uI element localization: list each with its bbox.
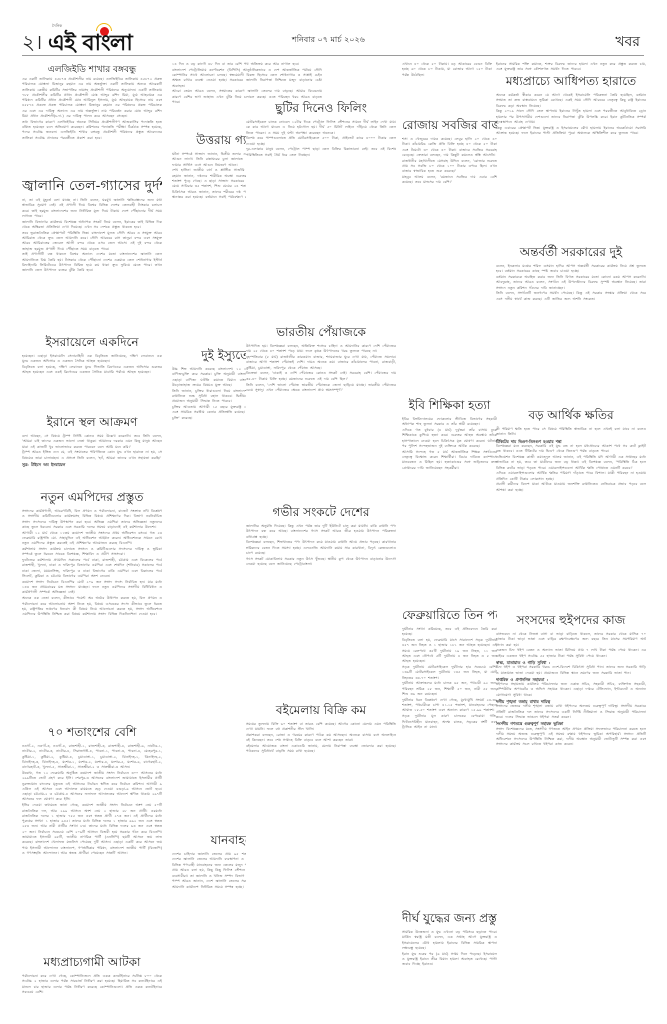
paragraph: বাসভবনে না থেকে নিজস্ব বাসা বা ভাড়া বাড… <box>496 632 646 648</box>
headline[interactable]: ইবি শিক্ষিকা হত্যা <box>402 397 497 417</box>
article-body: না, তা এই মুহূর্তে বলা যাচ্ছে না। তিনি ব… <box>22 198 162 274</box>
paragraph: সংসদ বিশেষজ্ঞদের মতে, সংসদীয় গণতন্ত্রে … <box>496 727 646 748</box>
paragraph: দুর্ঘটনার সংখ্যা কমিয়েছে, তবে এই প্রতিব… <box>402 627 497 638</box>
paragraph: অনেক কর্মকর্তা স্বীকার করেন যে আগে থেকেই… <box>496 93 646 109</box>
article-ibi-teacher-murder: ইবি শিক্ষিকা হত্যা ইবির বিশ্ববিদ্যালয়ের… <box>402 397 497 607</box>
paragraph: নওগাঁ-২, নওগাঁ-৩, নওগাঁ-৪, রাজশাহী-১, রা… <box>22 744 162 770</box>
paragraph: দুর্ঘটনায় আক্রান্তদের মধ্যে চালক ৬৫ জন,… <box>402 681 497 697</box>
article-body: দুর্ঘটনার সংখ্যা কমিয়েছে, তবে এই প্রতিব… <box>402 627 497 730</box>
article-body: নওগাঁ-২, নওগাঁ-৩, নওগাঁ-৪, রাজশাহী-১, রা… <box>22 744 162 856</box>
article-lgd-bangabandhu: এলজিইডি শাখার বঙ্গবন্ধু এর একটি তালিকায়… <box>22 62 162 172</box>
masthead: ২। দৈনিক এই বাংলা শনিবার ০৭ মার্চ ২০২৬ খ… <box>22 26 644 56</box>
paragraph: রাজধানীর মহাখালীতে মেসবাহ উদ্দিন বলেন, '… <box>402 159 497 175</box>
paragraph: বৃহস্পতিবার (৫ মার্চ) রাজধানীর কারওয়ান … <box>246 355 396 371</box>
article-body: সামরিক উত্তেজনা ও যুদ্ধ এখনো বড় পরিসরে … <box>402 930 497 968</box>
paragraph: হয়েছেন। এছাড়া ইসরায়েলি সেনাবাহিনী এক … <box>22 354 162 365</box>
article-continuation-col3: এখানে ৪০ থেকে ৫০ টাকায়। বড় আকারের বেগু… <box>402 62 492 117</box>
paragraph: ইবির বিশ্ববিদ্যালয়ের ফোকলোর স্টাডিজ বিভ… <box>402 417 497 428</box>
paragraph: বিশেষ করে পাম্পগুলোতে প্রতি মোটরসাইকেলে … <box>246 136 396 147</box>
article-holiday-filling: ছুটির দিনেও ফিলিং মোটরসাইকেল চালক নোবেল … <box>246 100 396 320</box>
page-number: ২। <box>22 28 42 61</box>
article-ramadan-vegetables: রোজায় সবজির বাজারে শসা ও খেজুরের দামও ক… <box>402 117 497 382</box>
headline[interactable]: অন্তর্বর্তী সরকারের দুই <box>496 244 646 264</box>
article-body: সময়ের তুলনায় বিক্রি ৬০ শতাংশ বা তারও ব… <box>246 722 396 755</box>
headline[interactable]: সংসদের হুইপদের কাজ <box>496 612 646 632</box>
headline[interactable]: বইমেলায় বিক্রি কম <box>246 702 396 722</box>
paragraph: ১৪ দিন ও বড় কার্গো ৪৮ দিন বা তার বেশি প… <box>172 62 322 67</box>
article-fuel-crisis: জ্বালানি তেল-গ্যাসের দুর্দশায় না, তা এই… <box>22 174 162 334</box>
paragraph: এভিয়েশন বিশেষজ্ঞ কাজী ওয়াহেদুল আলম জান… <box>496 455 646 471</box>
article-body: বলেন, ইনকলাব মঞ্চের শরিফ ওসমান হাদির আপস… <box>496 264 646 302</box>
article-deep-crisis: গভীর সংকটে দেশের জ্বালানির অনুমতি দিয়েছ… <box>246 504 396 699</box>
paragraph: তিনি বলেন, সংগঠনটি জনগণের সমর্থন পেয়েছে… <box>496 291 646 302</box>
paragraph: হুইপদের সহায়তায় কার্যালয় পরিচালনার জন… <box>496 682 646 698</box>
paragraph: প্রবাসী কর্মীদের বিদেশ যাত্রা আটকে যাওয়… <box>496 482 646 493</box>
paragraph: শসা ও খেজুরের দামও কমেছে। লেবুর হালি ২০ … <box>402 137 497 158</box>
article-body: এখানে ৪০ থেকে ৫০ টাকায়। বড় আকারের বেগু… <box>402 62 492 78</box>
headline[interactable]: জ্বালানি তেল-গ্যাসের দুর্দশায় <box>22 174 162 198</box>
paragraph: একজন চিফ হুইপ বেতন ও অন্যান্য ভাতা মিলিয… <box>496 648 646 659</box>
paragraph: বলা আছেন, সে বিষয়ে ট্রাম্প নির্দিষ্ট কো… <box>22 434 162 450</box>
article-seventy-percent: ৭০ শতাংশের বেশি নওগাঁ-২, নওগাঁ-৩, নওগাঁ-… <box>22 724 162 954</box>
paragraph: ইরান যুদ্ধ শুরুর পর (৬ মার্চ) সপ্তম দিনে… <box>402 952 497 968</box>
paragraph: এদিকে এয়ারলাইন্সগুলোর আর্থিক ক্ষতির পরি… <box>496 471 646 482</box>
paragraph: এখানে ৪০ থেকে ৫০ টাকায়। বড় আকারের বেগু… <box>402 62 492 78</box>
article-body: ইরানের সামরিক শক্তি কমাতে, শত্রুর বিরুদ্… <box>496 62 646 73</box>
paragraph: তাই প্রণালীটি বন্ধ থাকলে বিশ্বের অন্যান্… <box>22 252 162 273</box>
headline[interactable]: মধ্যপ্রাচ্যগামী আটকা <box>22 954 162 974</box>
headline[interactable]: ভারতীয় পেঁয়াজকে <box>246 324 396 344</box>
paragraph: উৎপাদিত হয়। বিশেষজ্ঞরা বলছেন, অতিরিক্ত … <box>246 344 396 355</box>
headline[interactable]: গভীর সংকটে দেশের <box>246 504 396 524</box>
paragraph: বর্তমান সরকারকে অবহিত করার জন্য তিনি বিগ… <box>496 275 646 291</box>
paragraph: জ্বালানির অনুমতি দিয়েছে। কিন্তু এখন পর্… <box>246 524 396 540</box>
article-body: উৎপাদিত হয়। বিশেষজ্ঞরা বলছেন, অতিরিক্ত … <box>246 344 396 393</box>
paragraph: কিন্তু ২০১৯ সালে সৌদি তেল স্থাপনায় ইরান… <box>496 109 646 125</box>
paragraph: মাহবুব আলম বলেন, 'রমজানে সবজির দাম এবার … <box>402 175 497 186</box>
article-book-fair-sales: বইমেলায় বিক্রি কম সময়ের তুলনায় বিক্রি… <box>246 702 396 972</box>
paragraph: চিফ হুইপ ও হুইপরা সরকারি খরচে দেশে-বিদেশ… <box>496 665 646 676</box>
paragraph: মোটরসাইকেল চালক নোবেল ১২টার দিকে পেট্রোল… <box>246 120 396 136</box>
paragraph: গ্যাস সংকট মোকাবিলায় সরকার নতুন উৎস খুঁ… <box>246 557 396 568</box>
paragraph: তিনি বলেন, 'দেশি ভালো পেঁয়াজ ভারতীয় পে… <box>246 383 396 394</box>
article-ready-long-war: দীর্ঘ যুদ্ধের জন্য প্রস্তুত সামরিক উত্তে… <box>402 910 497 1020</box>
paragraph: উল্লেখ্য, গত ১২ ফেব্রুয়ারি অনুষ্ঠিত ত্র… <box>22 771 162 803</box>
article-middle-east-stranded: মধ্যপ্রাচ্যগামী আটকা পর্যালোচনা করে দেখা… <box>22 954 162 1012</box>
article-body: মোটরসাইকেল চালক নোবেল ১২টার দিকে পেট্রোল… <box>246 120 396 158</box>
paragraph: সংসদের ভেতরে দলীয় শৃঙ্খলা বজায় রাখা হু… <box>496 704 646 720</box>
article-body: হয়েছেন। এছাড়া ইসরায়েলি সেনাবাহিনী এক … <box>22 354 162 376</box>
source-credit: সূত্র: টাইমস অব ইসরায়েল <box>22 462 162 467</box>
paragraph: বিশেষজ্ঞরা বলছেন, শিল্পখাতের পণ্য উৎপাদন… <box>246 540 396 556</box>
article-body: জ্বালানির অনুমতি দিয়েছে। কিন্তু এখন পর্… <box>246 524 396 567</box>
article-body: বাসভবনে না থেকে নিজস্ব বাসা বা ভাড়া বাড… <box>496 632 646 748</box>
article-body: ১৪ দিন ও বড় কার্গো ৪৮ দিন বা তার বেশি প… <box>172 62 322 105</box>
paragraph: কিন্তু এবারের প্রেক্ষাপট ভিন্ন। যুক্তরাষ… <box>496 126 646 137</box>
article-february-three-ways: ফেব্রুয়ারিতে তিন পথে দুর্ঘটনার সংখ্যা ক… <box>402 607 497 907</box>
article-parliament-whip-work: সংসদের হুইপদের কাজ বাসভবনে না থেকে নিজস্… <box>496 612 646 1012</box>
newspaper-logo[interactable]: এই বাংলা <box>48 26 132 63</box>
article-big-economic-loss: বড় আর্থিক ক্ষতির কী পরিমাণ ক্ষতি হতে পা… <box>496 407 646 612</box>
paragraph: ইরানের সামরিক শক্তি কমাতে, শত্রুর বিরুদ্… <box>496 62 646 73</box>
paragraph: দুর্ঘটনার ধরন বিশ্লেষণে দেখা গেছে, মুখোম… <box>402 698 497 714</box>
paragraph: কী পরিমাণ ক্ষতি হতে পারে সে বিষয়ে পরিস্… <box>496 427 646 438</box>
paragraph: পর্যালোচনা করে দেখা গেছে, কোম্পানিভেদে প… <box>22 974 162 995</box>
article-middle-east-dominance: ইরানের সামরিক শক্তি কমাতে, শত্রুর বিরুদ্… <box>496 62 646 242</box>
article-body: পর্যালোচনা করে দেখা গেছে, কোম্পানিভেদে প… <box>22 974 162 995</box>
paragraph: ত্রয়োদশ সংসদ নির্বাচনে বিএনপির মোট ২০৯ … <box>22 580 162 596</box>
article-indian-onion: ভারতীয় পেঁয়াজকে উৎপাদিত হয়। বিশেষজ্ঞর… <box>246 324 396 504</box>
paragraph: বাংলাদেশ পেট্রোলিয়াম কর্পোরেশন (বিপিসি)… <box>172 68 322 89</box>
headline[interactable]: দীর্ঘ যুদ্ধের জন্য প্রস্তুত <box>402 910 497 930</box>
article-body: বলা আছেন, সে বিষয়ে ট্রাম্প নির্দিষ্ট কো… <box>22 434 162 467</box>
paragraph: ইসির দেওয়া তথ্যমতে জানা গেছে, ত্রয়োদশ … <box>22 803 162 856</box>
article-israel-one-day: ইসরায়েলে একদিনে হয়েছেন। এছাড়া ইসরায়ে… <box>22 334 162 414</box>
paragraph: সামরিক উত্তেজনা ও যুদ্ধ এখনো বড় পরিসরে … <box>402 930 497 951</box>
paragraph: কর্মশালায় সংসদ কার্যক্রম চালাতে সংসদে ও… <box>22 547 162 558</box>
paragraph: বিক্রেতা বলেন, 'ঢাকাই ও দেশি পেঁয়াজের ক… <box>246 371 396 382</box>
headline[interactable]: বড় আর্থিক ক্ষতির <box>496 407 646 427</box>
dateline: শনিবার ০৭ মার্চ ২০২৬ <box>292 34 365 47</box>
article-body: অনেক কর্মকর্তা স্বীকার করেন যে আগে থেকেই… <box>496 93 646 136</box>
paragraph: অনেক এক নেতা বলেন, কীভাবে পয়েন্ট অব অর্… <box>22 596 162 617</box>
paragraph: বিশেষজ্ঞরা মনে করছেন, সরকারি এই যুদ্ধ বন… <box>496 444 646 455</box>
article-interim-govt-two: অন্তর্বর্তী সরকারের দুই বলেন, ইনকলাব মঞ্… <box>496 244 646 399</box>
article-new-mps-ready: নতুন এমপিদের প্রস্তুত সংসদের কার্যপ্রণাল… <box>22 489 162 724</box>
paragraph: বিবৃতিতে বলা হয়েছে, দক্ষিণ লেবাননে যুদ্… <box>22 365 162 376</box>
headline[interactable]: ফেব্রুয়ারিতে তিন পথে <box>402 607 497 627</box>
paragraph: জ্বালানি বিভাগের কার্যক্রমে বিশেষজ্ঞ অধ্… <box>22 220 162 231</box>
headline[interactable]: ইরানে স্থল আক্রমণ <box>22 414 162 434</box>
paragraph: সড়ক দুর্ঘটনায় মোটরসাইকেল দুর্ঘটনার হার… <box>402 665 497 681</box>
paragraph: এর একটি তালিকায় ৪৫৮৭৩ প্রকৌশলীর নাম রয়… <box>22 77 162 119</box>
headline[interactable]: এলজিইডি শাখার বঙ্গবন্ধু <box>22 62 162 77</box>
paragraph: সময়ের তুলনায় বিক্রি ৬০ শতাংশ বা তারও ব… <box>246 722 396 733</box>
paragraph: তবে ভূরাজনৈতিক প্রেক্ষাপটে পরিস্থিতি ভিন… <box>22 231 162 252</box>
headline[interactable]: রোজায় সবজির বাজারে <box>402 117 497 137</box>
headline[interactable]: ইসরায়েলে একদিনে <box>22 334 162 354</box>
paragraph: ফুটেজের কর্মশালায় প্রথমদিন সকালের পর্বে… <box>22 558 162 579</box>
headline[interactable]: মধ্যপ্রাচ্যে আধিপত্য হারাতে <box>496 73 646 93</box>
paragraph: তথ্য বিভাগের কারণে এলজিইডির অনেক সিনিয়র… <box>22 120 162 141</box>
paragraph: বইমেলার আয়োজক বাংলা একাডেমি জানায়, মেল… <box>246 744 396 755</box>
section-name: খবর <box>615 30 640 54</box>
article-body: শসা ও খেজুরের দামও কমেছে। লেবুর হালি ২০ … <box>402 137 497 186</box>
paragraph: বিবৃতিতে বলা হয়, ফেব্রুয়ারি মাসে সারাদ… <box>402 638 497 664</box>
paragraph: ট্রাম্প আরও ইঙ্গিত দেন যে, এই সংঘাতের পর… <box>22 450 162 461</box>
article-body: এর একটি তালিকায় ৪৫৮৭৩ প্রকৌশলীর নাম রয়… <box>22 77 162 141</box>
article-body: ইবির বিশ্ববিদ্যালয়ের ফোকলোর স্টাডিজ বিভ… <box>402 417 497 471</box>
paragraph: আগামী ১২ মার্চ থেকে ১১তম ত্রয়োদশ জাতীয়… <box>22 531 162 547</box>
paragraph: না, তা এই মুহূর্তে বলা যাচ্ছে না। তিনি ব… <box>22 198 162 219</box>
article-iran-ground-attack: ইরানে স্থল আক্রমণ বলা আছেন, সে বিষয়ে ট্… <box>22 414 162 489</box>
paragraph: প্রকাশকরা বলছেন, রোজা ও গরমের কারণে পাঠক… <box>246 733 396 744</box>
paragraph: এদিকে গত বুধবার (৪ মার্চ) দুর্বৃত্তরা তা… <box>402 428 497 449</box>
headline[interactable]: ৭০ শতাংশের বেশি <box>22 724 162 744</box>
paragraph: সড়ক দুর্ঘটনার মূল কারণ চালকের বেপরোয়া … <box>402 714 497 730</box>
article-body: সংসদের কার্যপ্রণালী, আচরণবিধি, বিল প্রণয… <box>22 509 162 617</box>
paragraph: দূর-এলাকার মানুষ বলেন, পেট্রোল পাম্প ছাড… <box>246 147 396 158</box>
paragraph: সংসদের কার্যপ্রণালী, আচরণবিধি, বিল প্রণয… <box>22 509 162 530</box>
article-body: কী পরিমাণ ক্ষতি হতে পারে সে বিষয়ে পরিস্… <box>496 427 646 493</box>
headline[interactable]: নতুন এমপিদের প্রস্তুত <box>22 489 162 509</box>
paragraph: বলেন, ইনকলাব মঞ্চের শরিফ ওসমান হাদির আপস… <box>496 264 646 275</box>
headline[interactable]: ছুটির দিনেও ফিলিং <box>246 100 396 120</box>
paragraph: আসামি সন্দেহে গত ৫ মার্চ আন্তর্জাতিক শিক… <box>402 450 497 471</box>
